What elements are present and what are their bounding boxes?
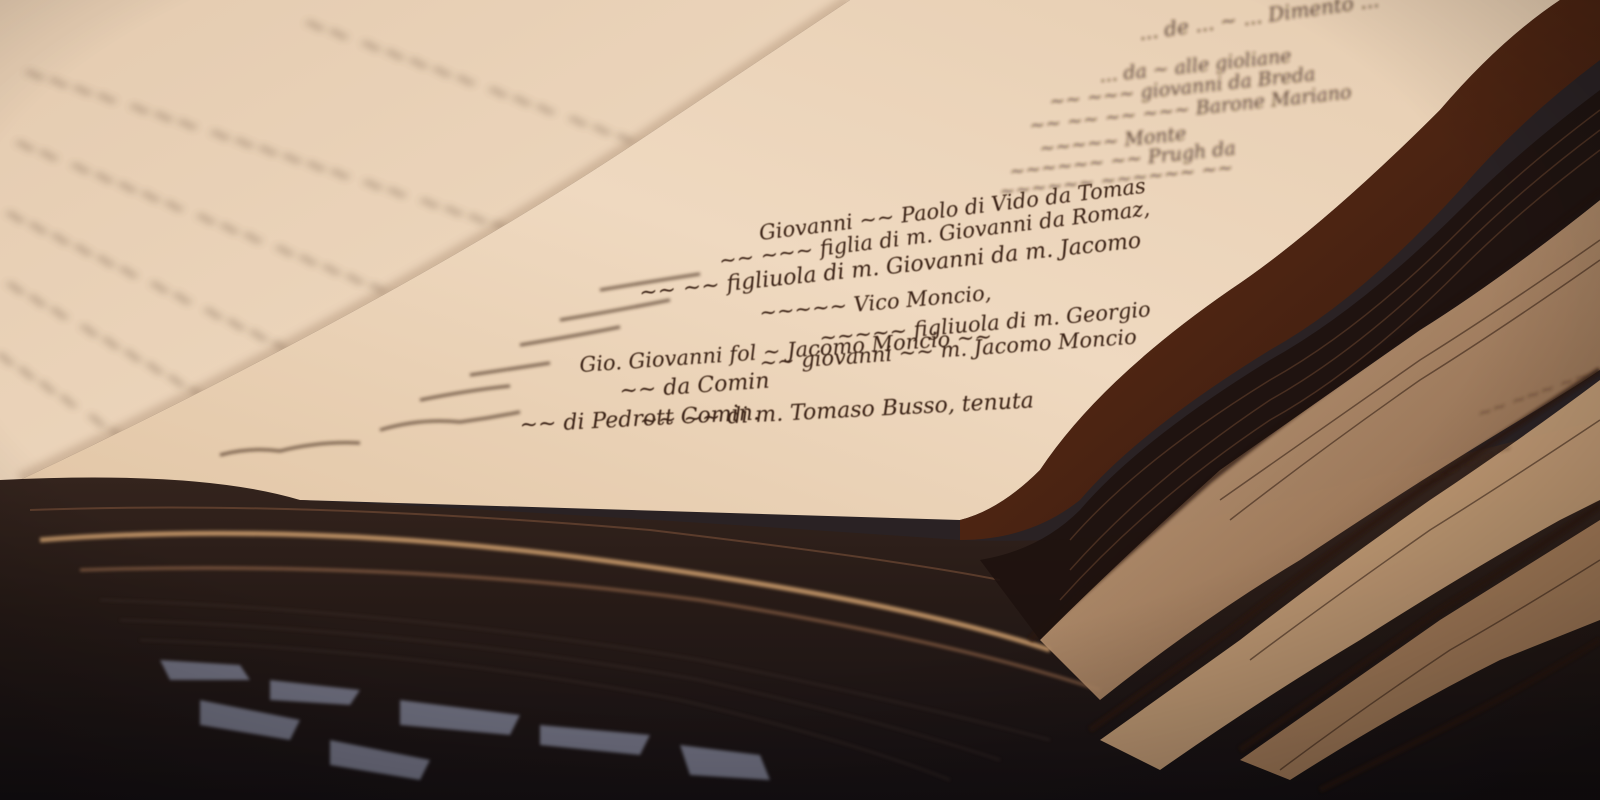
book-illustration: ~~~~ ~~~ ~~~~~~ ~~ ~~~~ ~~ ~~~~~ ~~~ ~~~… xyxy=(0,0,1600,800)
manuscript-photo: ~~~~ ~~~ ~~~~~~ ~~ ~~~~ ~~ ~~~~~ ~~~ ~~~… xyxy=(0,0,1600,800)
